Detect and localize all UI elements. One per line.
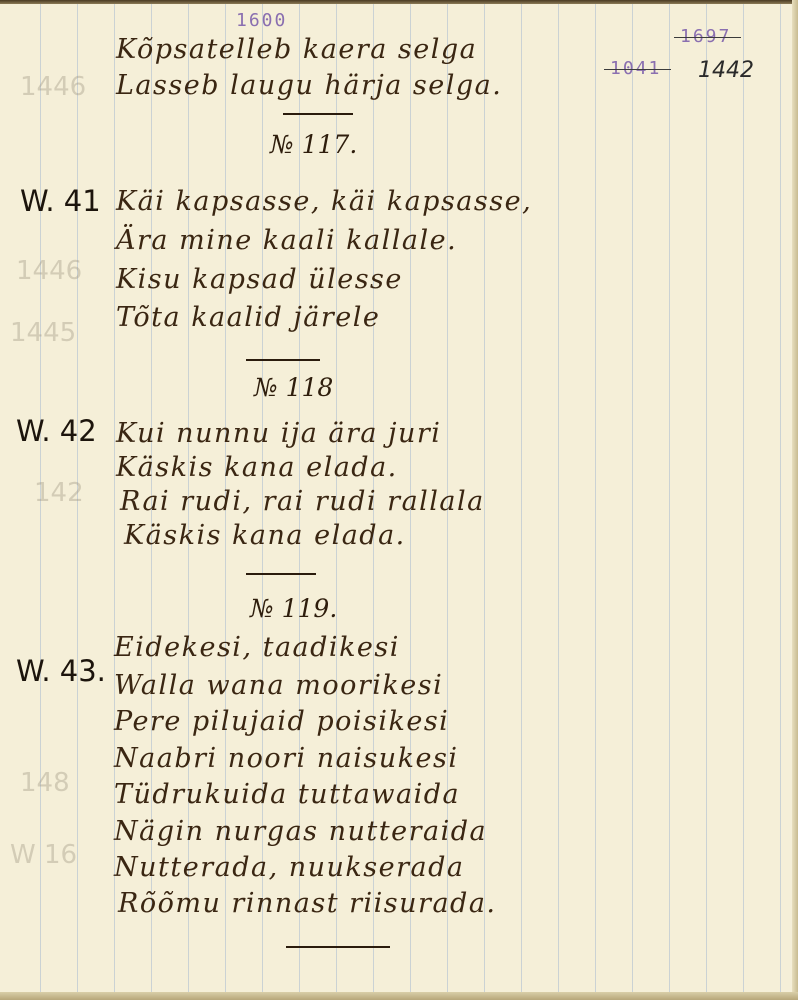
faint-margin-mark: W 16 bbox=[10, 840, 77, 870]
verse-line: Kõpsatelleb kaera selga bbox=[116, 34, 477, 65]
verse-line: Ära mine kaali kallale. bbox=[116, 225, 457, 256]
verse-line: Naabri noori naisukesi bbox=[114, 743, 458, 774]
verse-line: Walla wana moorikesi bbox=[114, 670, 443, 701]
archive-stamp-struck: 1041 bbox=[610, 58, 661, 79]
section-divider bbox=[246, 573, 316, 575]
archive-stamp-struck: 1697 bbox=[680, 26, 731, 47]
margin-label: W. 41 bbox=[20, 184, 101, 218]
verse-line: Nägin nurgas nutteraida bbox=[114, 816, 487, 847]
margin-label: W. 42 bbox=[16, 414, 97, 448]
faint-margin-mark: 142 bbox=[34, 478, 84, 508]
faint-margin-mark: 148 bbox=[20, 768, 70, 798]
verse-line: Lasseb laugu härja selga. bbox=[116, 70, 502, 101]
section-divider bbox=[283, 113, 353, 115]
entry-number: № 117. bbox=[270, 130, 357, 159]
archive-stamp: 1600 bbox=[236, 10, 287, 31]
page-right-edge bbox=[792, 0, 798, 1000]
verse-line: Käskis kana elada. bbox=[116, 452, 398, 483]
faint-margin-mark: 1446 bbox=[20, 72, 86, 102]
verse-line: Eidekesi, taadikesi bbox=[114, 632, 400, 663]
page-number: 1442 bbox=[698, 58, 754, 83]
margin-label: W. 43. bbox=[16, 654, 106, 688]
verse-line: Nutterada, nuukserada bbox=[114, 852, 465, 883]
entry-number: № 118 bbox=[254, 373, 333, 402]
verse-line: Rai rudi, rai rudi rallala bbox=[120, 486, 485, 517]
verse-line: Tüdrukuida tuttawaida bbox=[114, 779, 460, 810]
faint-margin-mark: 1446 bbox=[16, 256, 82, 286]
verse-line: Käskis kana elada. bbox=[124, 520, 406, 551]
verse-line: Pere pilujaid poisikesi bbox=[114, 706, 449, 737]
verse-line: Rõõmu rinnast riisurada. bbox=[118, 888, 497, 919]
page-bottom-edge bbox=[0, 992, 798, 1000]
manuscript-page: 1446 1446 1445 142 148 W 16 1600 1697 10… bbox=[0, 0, 798, 1000]
verse-line: Käi kapsasse, käi kapsasse, bbox=[116, 186, 532, 217]
faint-margin-mark: 1445 bbox=[10, 318, 76, 348]
entry-number: № 119. bbox=[250, 594, 337, 623]
page-top-edge bbox=[0, 0, 798, 4]
section-divider bbox=[286, 946, 390, 948]
verse-line: Kisu kapsad ülesse bbox=[116, 264, 403, 295]
verse-line: Tõta kaalid järele bbox=[116, 302, 380, 333]
section-divider bbox=[246, 359, 320, 361]
verse-line: Kui nunnu ija ära juri bbox=[116, 418, 441, 449]
